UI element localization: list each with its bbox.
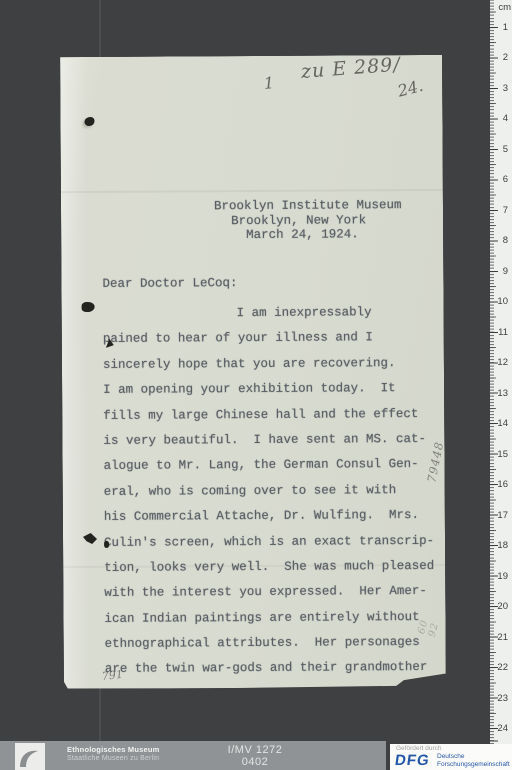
archive-note-number: 1	[263, 73, 275, 93]
typed-line: I am inexpressably	[103, 300, 448, 327]
scan-page-number: 0402	[200, 756, 310, 768]
ruler-number: 9	[494, 266, 508, 277]
funding-panel: Gefördert durch DFG Deutsche Forschungsg…	[390, 744, 512, 770]
ruler-number: 21	[494, 632, 508, 643]
ruler-number: 22	[494, 662, 508, 673]
ruler-number: 14	[494, 418, 508, 429]
ruler-number: 24	[494, 723, 508, 734]
ruler-number: 7	[494, 205, 508, 216]
cm-ruler: cm 1234567891011121314151617181920212223…	[490, 0, 512, 744]
dfg-logo: DFG	[394, 752, 431, 769]
typed-line: tion, looks very well. She was much plea…	[104, 554, 449, 581]
ruler-number: 4	[494, 113, 508, 124]
ruler-number: 3	[494, 83, 508, 94]
typed-line: his Commercial Attache, Dr. Wulfing. Mrs…	[104, 503, 449, 530]
scan-page: 1 zu E 289/ 24. Brooklyn Institute Museu…	[0, 0, 512, 770]
typed-line: ican Indian paintings are entirely witho…	[104, 604, 449, 631]
ink-blot	[84, 117, 94, 126]
typed-line: are the twin war-gods and their grandmot…	[105, 655, 450, 682]
letterhead-city: Brooklyn, New York	[231, 213, 366, 228]
archive-codes: I/MV 1272 0402	[200, 741, 310, 768]
funding-label: Gefördert durch	[396, 745, 442, 752]
ruler-number: 19	[494, 571, 508, 582]
footer-bar: Ethnologisches Museum Staatliche Museen …	[0, 741, 386, 770]
typed-line: I am opening your exhibition today. It	[103, 376, 448, 403]
paper-crease	[61, 189, 443, 193]
archive-note-bottom: 791	[101, 668, 123, 683]
funding-org-name-line2: Forschungsgemeinschaft	[437, 761, 510, 768]
typed-line: eral, who is coming over to see it with	[104, 478, 449, 505]
inventory-code: I/MV 1272	[200, 744, 310, 756]
museum-subtitle: Staatliche Museen zu Berlin	[67, 755, 159, 762]
typed-line: sincerely hope that you are recovering.	[103, 351, 448, 378]
ruler-number: 2	[494, 52, 508, 63]
typed-line: Culin's screen, which is an exact transc…	[104, 528, 449, 555]
ruler-number: 6	[494, 174, 508, 185]
ruler-number: 5	[494, 144, 508, 155]
ruler-number: 13	[494, 388, 508, 399]
typed-line: fills my large Chinese hall and the effe…	[103, 401, 448, 428]
letter-paper: 1 zu E 289/ 24. Brooklyn Institute Museu…	[60, 55, 446, 689]
ruler-number: 10	[494, 296, 508, 307]
ruler-number: 1	[494, 22, 508, 33]
archive-note-year: 24.	[396, 76, 425, 101]
funding-org-name-line1: Deutsche	[437, 753, 464, 760]
ruler-number: 20	[494, 601, 508, 612]
museum-logo	[15, 743, 45, 770]
archive-note-top: 1 zu E 289/ 24.	[260, 51, 434, 64]
ruler-number: 16	[494, 479, 508, 490]
ruler-number: 17	[494, 510, 508, 521]
ruler-number: 23	[494, 693, 508, 704]
ruler-number: 11	[494, 327, 508, 338]
museum-logo-glyph	[15, 743, 45, 770]
letterhead-date: March 24, 1924.	[246, 227, 359, 242]
museum-name: Ethnologisches Museum	[67, 745, 160, 754]
ruler-number: 8	[494, 235, 508, 246]
typed-line: ethnographical attributes. Her personage…	[105, 630, 450, 657]
typed-line: is very beautiful. I have sent an MS. ca…	[103, 427, 448, 454]
salutation: Dear Doctor LeCoq:	[102, 276, 237, 291]
ruler-number: 12	[494, 357, 508, 368]
ruler-number: 15	[494, 449, 508, 460]
ink-blot	[104, 541, 109, 548]
paper-fold-edge	[60, 57, 90, 689]
ink-blot	[82, 302, 95, 312]
ruler-unit-label: cm	[495, 2, 511, 13]
letterhead-institution: Brooklyn Institute Museum	[214, 198, 402, 213]
typed-line: alogue to Mr. Lang, the German Consul Ge…	[103, 452, 448, 479]
ruler-number: 18	[494, 540, 508, 551]
archive-note-reference: zu E 289/	[300, 53, 401, 83]
typed-line: with the interest you expressed. Her Ame…	[104, 579, 449, 606]
typed-line: pained to hear of your illness and I	[103, 325, 448, 352]
letter-body: I am inexpressablypained to hear of your…	[103, 300, 450, 683]
